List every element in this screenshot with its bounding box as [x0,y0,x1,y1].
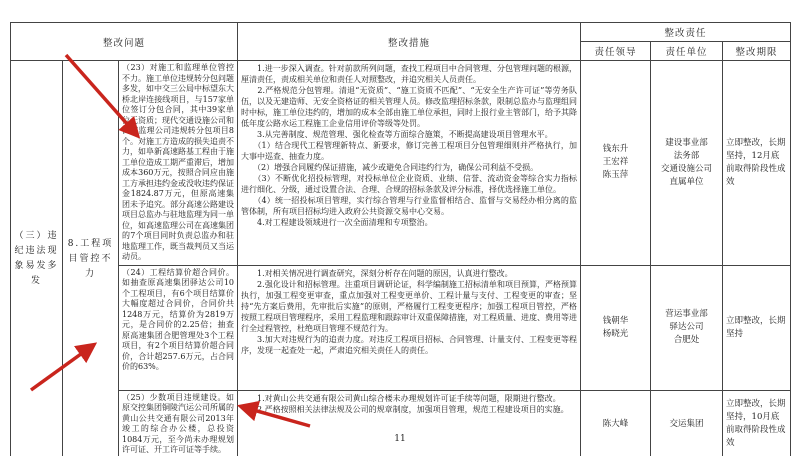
leader-cell-23: 钱东升 王宏祥 陈玉萍 [581,61,651,266]
measures-cell-24: 1.对相关情况进行调查研究，深刻分析存在问题的原因，认真进行整改。 2.强化设计… [238,265,581,390]
measures-cell-23: 1.进一步深入调查。针对前款所列问题，查找工程项目中合同管理、分包管理问题的根源… [238,61,581,266]
page-number: 11 [0,434,800,444]
header-problem: 整改问题 [11,23,238,61]
header-leader: 责任领导 [581,42,651,61]
header-measures: 整改措施 [238,23,581,61]
problem-cell-23: （23）对施工和监理单位管控不力。施工单位违规转分包问题多发，如中交三公局中标望… [119,61,238,266]
deadline-cell-25: 立即整改，长期坚持，10月底前取得阶段性成效 [723,390,791,456]
category-cell: （三）违纪违法现象易发多发 [11,61,63,456]
unit-cell-25: 交运集团 [651,390,723,456]
header-unit: 责任单位 [651,42,723,61]
leader-cell-25: 陈大峰 [581,390,651,456]
header-deadline: 整改期限 [723,42,791,61]
leader-cell-24: 钱朝华 杨晓光 [581,265,651,390]
rectification-table: 整改问题 整改措施 整改责任 责任领导 责任单位 整改期限 （三）违纪违法现象易… [10,22,791,456]
document-page: 整改问题 整改措施 整改责任 责任领导 责任单位 整改期限 （三）违纪违法现象易… [0,0,800,456]
deadline-cell-23: 立即整改，长期坚持，12月底前取得阶段性成效 [723,61,791,266]
problem-cell-25: （25）少数项目违规建设。如原交控集团铜陵汽运公司所属的黄山公共交通有限公司20… [119,390,238,456]
problem-cell-24: （24）工程结算价超合同价。如抽查原高速集团驿达公司10个工程项目，有6个项目结… [119,265,238,390]
subcategory-cell: 8.工程项目管控不力 [63,61,119,456]
measures-cell-25: 1.对黄山公共交通有限公司黄山综合楼未办理规划许可证手续等问题，限期进行整改。 … [238,390,581,456]
unit-cell-23: 建设事业部 法务部 交通设施公司 直属单位 [651,61,723,266]
deadline-cell-24: 立即整改，长期坚持 [723,265,791,390]
header-responsibility: 整改责任 [581,23,791,42]
unit-cell-24: 营运事业部 驿达公司 合肥处 [651,265,723,390]
